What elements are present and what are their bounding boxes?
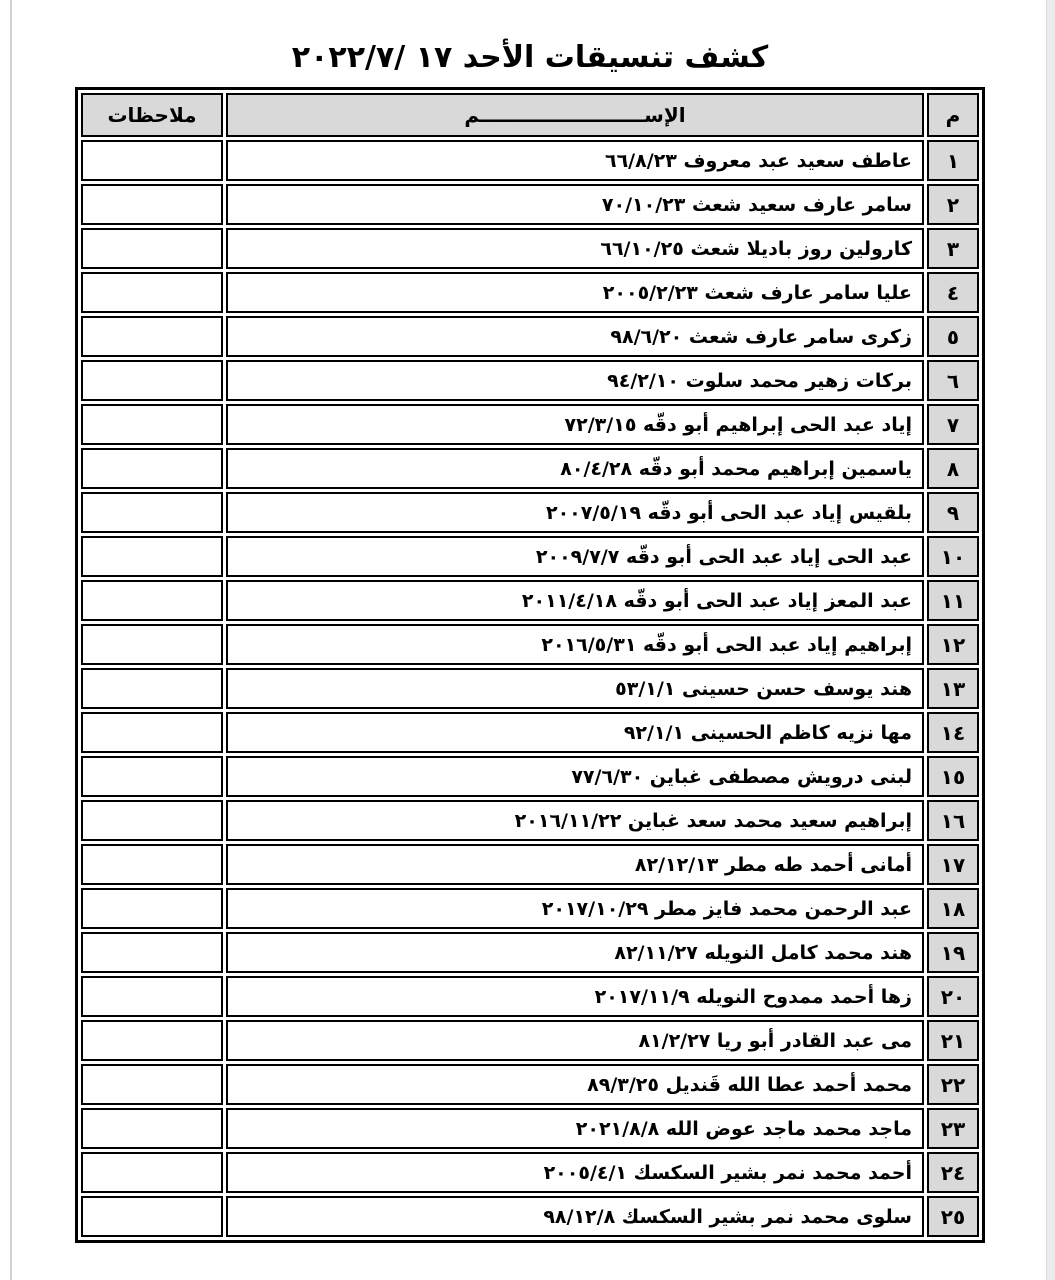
notes-cell — [81, 580, 223, 621]
row-number-cell: ١٨ — [927, 888, 979, 929]
notes-cell — [81, 404, 223, 445]
table-row: ٢٣ ماجد محمد ماجد عوض الله ٢٠٢١/٨/٨ — [81, 1108, 979, 1149]
name-cell: زها أحمد ممدوح النويله ٢٠١٧/١١/٩ — [226, 976, 924, 1017]
name-cell: ياسمين إبراهيم محمد أبو دقّه ٨٠/٤/٢٨ — [226, 448, 924, 489]
name-cell: أمانى أحمد طه مطر ٨٢/١٢/١٣ — [226, 844, 924, 885]
notes-cell — [81, 932, 223, 973]
notes-cell — [81, 712, 223, 753]
notes-cell — [81, 800, 223, 841]
table-row: ٢٤ أحمد محمد نمر بشير السكسك ٢٠٠٥/٤/١ — [81, 1152, 979, 1193]
notes-cell — [81, 1108, 223, 1149]
table-row: ١٠ عبد الحى إياد عبد الحى أبو دقّه ٢٠٠٩/… — [81, 536, 979, 577]
notes-cell — [81, 140, 223, 181]
table-row: ٥ زكرى سامر عارف شعث ٩٨/٦/٢٠ — [81, 316, 979, 357]
notes-cell — [81, 272, 223, 313]
row-number-cell: ١٦ — [927, 800, 979, 841]
row-number-cell: ٤ — [927, 272, 979, 313]
header-index: م — [927, 93, 979, 137]
table-row: ٩ بلقيس إياد عبد الحى أبو دقّه ٢٠٠٧/٥/١٩ — [81, 492, 979, 533]
page-title-date: ٢٠٢٢/٧/ ١٧ — [292, 40, 453, 75]
table-row: ٤ عليا سامر عارف شعث ٢٠٠٥/٢/٢٣ — [81, 272, 979, 313]
table-row: ٢١ مى عبد القادر أبو ريا ٨١/٢/٢٧ — [81, 1020, 979, 1061]
row-number-cell: ٩ — [927, 492, 979, 533]
row-number-cell: ١٩ — [927, 932, 979, 973]
row-number-cell: ٣ — [927, 228, 979, 269]
row-number-cell: ١٥ — [927, 756, 979, 797]
notes-cell — [81, 536, 223, 577]
row-number-cell: ٨ — [927, 448, 979, 489]
header-row: م الإســــــــــــــــــــــــم ملاحظات — [81, 93, 979, 137]
notes-cell — [81, 1196, 223, 1237]
name-cell: عبد المعز إياد عبد الحى أبو دقّه ٢٠١١/٤/… — [226, 580, 924, 621]
row-number-cell: ١١ — [927, 580, 979, 621]
notes-cell — [81, 1064, 223, 1105]
row-number-cell: ٢١ — [927, 1020, 979, 1061]
table-row: ٢ سامر عارف سعيد شعث ٧٠/١٠/٢٣ — [81, 184, 979, 225]
notes-cell — [81, 316, 223, 357]
roster-table: م الإســــــــــــــــــــــــم ملاحظات … — [75, 87, 985, 1243]
page-title: كشف تنسيقات الأحد ٢٠٢٢/٧/ ١٧ — [75, 0, 985, 87]
table-row: ١٣ هند يوسف حسن حسينى ٥٣/١/١ — [81, 668, 979, 709]
row-number-cell: ٥ — [927, 316, 979, 357]
table-row: ١٨ عبد الرحمن محمد فايز مطر ٢٠١٧/١٠/٢٩ — [81, 888, 979, 929]
table-row: ٢٢ محمد أحمد عطا الله قَنديل ٨٩/٣/٢٥ — [81, 1064, 979, 1105]
page-left-edge-line — [10, 0, 12, 1280]
row-number-cell: ١٣ — [927, 668, 979, 709]
notes-cell — [81, 888, 223, 929]
notes-cell — [81, 756, 223, 797]
name-cell: إياد عبد الحى إبراهيم أبو دقّه ٧٢/٣/١٥ — [226, 404, 924, 445]
notes-cell — [81, 844, 223, 885]
table-row: ٨ ياسمين إبراهيم محمد أبو دقّه ٨٠/٤/٢٨ — [81, 448, 979, 489]
name-cell: عبد الرحمن محمد فايز مطر ٢٠١٧/١٠/٢٩ — [226, 888, 924, 929]
table-row: ١٩ هند محمد كامل النويله ٨٢/١١/٢٧ — [81, 932, 979, 973]
table-row: ١٤ مها نزيه كاظم الحسينى ٩٢/١/١ — [81, 712, 979, 753]
name-cell: بركات زهير محمد سلوت ٩٤/٢/١٠ — [226, 360, 924, 401]
row-number-cell: ١٤ — [927, 712, 979, 753]
table-row: ٦ بركات زهير محمد سلوت ٩٤/٢/١٠ — [81, 360, 979, 401]
page-title-text: كشف تنسيقات الأحد — [463, 40, 768, 75]
notes-cell — [81, 1020, 223, 1061]
header-notes: ملاحظات — [81, 93, 223, 137]
row-number-cell: ٢ — [927, 184, 979, 225]
name-cell: ماجد محمد ماجد عوض الله ٢٠٢١/٨/٨ — [226, 1108, 924, 1149]
table-row: ١٧ أمانى أحمد طه مطر ٨٢/١٢/١٣ — [81, 844, 979, 885]
name-cell: بلقيس إياد عبد الحى أبو دقّه ٢٠٠٧/٥/١٩ — [226, 492, 924, 533]
table-row: ٢٥ سلوى محمد نمر بشير السكسك ٩٨/١٢/٨ — [81, 1196, 979, 1237]
name-cell: إبراهيم سعيد محمد سعد غباين ٢٠١٦/١١/٢٢ — [226, 800, 924, 841]
row-number-cell: ٢٤ — [927, 1152, 979, 1193]
row-number-cell: ٢٠ — [927, 976, 979, 1017]
notes-cell — [81, 228, 223, 269]
notes-cell — [81, 360, 223, 401]
name-cell: هند يوسف حسن حسينى ٥٣/١/١ — [226, 668, 924, 709]
table-row: ٢٠ زها أحمد ممدوح النويله ٢٠١٧/١١/٩ — [81, 976, 979, 1017]
header-name: الإســــــــــــــــــــــــم — [226, 93, 924, 137]
name-cell: مى عبد القادر أبو ريا ٨١/٢/٢٧ — [226, 1020, 924, 1061]
notes-cell — [81, 492, 223, 533]
page-right-edge-strip — [1046, 0, 1055, 1280]
name-cell: محمد أحمد عطا الله قَنديل ٨٩/٣/٢٥ — [226, 1064, 924, 1105]
notes-cell — [81, 448, 223, 489]
notes-cell — [81, 668, 223, 709]
name-cell: أحمد محمد نمر بشير السكسك ٢٠٠٥/٤/١ — [226, 1152, 924, 1193]
name-cell: هند محمد كامل النويله ٨٢/١١/٢٧ — [226, 932, 924, 973]
table-row: ١١ عبد المعز إياد عبد الحى أبو دقّه ٢٠١١… — [81, 580, 979, 621]
row-number-cell: ٦ — [927, 360, 979, 401]
table-row: ٧ إياد عبد الحى إبراهيم أبو دقّه ٧٢/٣/١٥ — [81, 404, 979, 445]
name-cell: إبراهيم إياد عبد الحى أبو دقّه ٢٠١٦/٥/٣١ — [226, 624, 924, 665]
name-cell: سامر عارف سعيد شعث ٧٠/١٠/٢٣ — [226, 184, 924, 225]
name-cell: لبنى درويش مصطفى غباين ٧٧/٦/٣٠ — [226, 756, 924, 797]
row-number-cell: ١ — [927, 140, 979, 181]
notes-cell — [81, 624, 223, 665]
row-number-cell: ٧ — [927, 404, 979, 445]
name-cell: مها نزيه كاظم الحسينى ٩٢/١/١ — [226, 712, 924, 753]
name-cell: عبد الحى إياد عبد الحى أبو دقّه ٢٠٠٩/٧/٧ — [226, 536, 924, 577]
table-row: ١ عاطف سعيد عبد معروف ٦٦/٨/٢٣ — [81, 140, 979, 181]
notes-cell — [81, 1152, 223, 1193]
table-row: ١٥ لبنى درويش مصطفى غباين ٧٧/٦/٣٠ — [81, 756, 979, 797]
name-cell: عاطف سعيد عبد معروف ٦٦/٨/٢٣ — [226, 140, 924, 181]
notes-cell — [81, 976, 223, 1017]
name-cell: زكرى سامر عارف شعث ٩٨/٦/٢٠ — [226, 316, 924, 357]
row-number-cell: ١٠ — [927, 536, 979, 577]
table-row: ٣ كارولين روز باديلا شعث ٦٦/١٠/٢٥ — [81, 228, 979, 269]
table-row: ١٦ إبراهيم سعيد محمد سعد غباين ٢٠١٦/١١/٢… — [81, 800, 979, 841]
row-number-cell: ٢٢ — [927, 1064, 979, 1105]
notes-cell — [81, 184, 223, 225]
row-number-cell: ١٧ — [927, 844, 979, 885]
name-cell: كارولين روز باديلا شعث ٦٦/١٠/٢٥ — [226, 228, 924, 269]
row-number-cell: ٢٣ — [927, 1108, 979, 1149]
row-number-cell: ٢٥ — [927, 1196, 979, 1237]
row-number-cell: ١٢ — [927, 624, 979, 665]
name-cell: سلوى محمد نمر بشير السكسك ٩٨/١٢/٨ — [226, 1196, 924, 1237]
table-row: ١٢ إبراهيم إياد عبد الحى أبو دقّه ٢٠١٦/٥… — [81, 624, 979, 665]
name-cell: عليا سامر عارف شعث ٢٠٠٥/٢/٢٣ — [226, 272, 924, 313]
